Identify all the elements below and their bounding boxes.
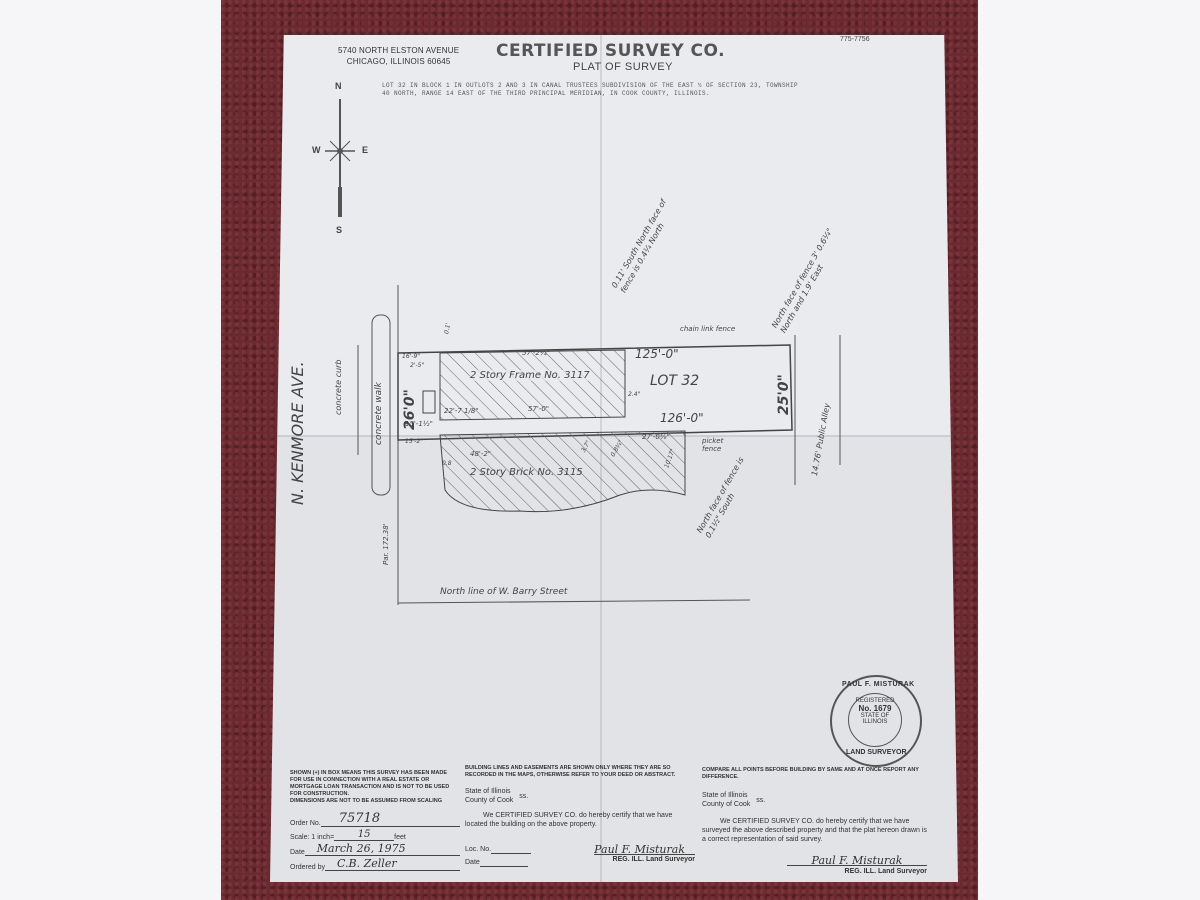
signature-2: Paul F. Misturak (787, 856, 927, 866)
ss-2: ss. (756, 796, 765, 805)
reg-label-1: REG. ILL. Land Surveyor (594, 855, 695, 864)
date-value: March 26, 1975 (305, 842, 460, 856)
scale-label: Scale: 1 inch= (290, 834, 334, 841)
lot-north-dim: 125'-0" (635, 347, 679, 361)
curb-label: concrete curb (334, 360, 343, 415)
seal-inner: REGISTERED No. 1679 STATE OF ILLINOIS (848, 693, 902, 747)
reg-label-2: REG. ILL. Land Surveyor (702, 867, 927, 876)
frame-north-dim: 57'-2¼" (522, 349, 550, 357)
plat-of-survey-document: 5740 NORTH ELSTON AVENUE CHICAGO, ILLINO… (270, 35, 958, 882)
seal-name: PAUL F. MISTURAK (842, 681, 915, 688)
survey-cert-column: COMPARE ALL POINTS BEFORE BUILDING BY SA… (702, 767, 927, 876)
compare-note: COMPARE ALL POINTS BEFORE BUILDING BY SA… (702, 767, 927, 781)
notice-text: SHOWN (+) IN BOX MEANS THIS SURVEY HAS B… (290, 770, 460, 798)
frame-west-dim: 22'-7 1/8" (444, 407, 479, 415)
date-label: Date (290, 849, 305, 856)
county-line-2: County of Cook (702, 800, 750, 809)
brick-dim-2: 27'-0⅜" (642, 433, 670, 441)
seal-number: No. 1679 (849, 704, 901, 713)
seal-illinois: ILLINOIS (849, 719, 901, 725)
walk-label: concrete walk (374, 382, 384, 445)
brick-setback: 15'-2" (405, 438, 423, 445)
east-offset: 2.4" (628, 391, 640, 398)
order-fields: Order No. 75718 Scale: 1 inch= 15 feet D… (290, 811, 460, 871)
lot-east-dim: 25'0" (776, 374, 792, 415)
cert-building-text: We CERTIFIED SURVEY CO. do hereby certif… (465, 811, 695, 829)
picket-fence-label: picket fence (702, 437, 732, 453)
survey-notice: SHOWN (+) IN BOX MEANS THIS SURVEY HAS B… (290, 770, 460, 805)
frame-building-label: 2 Story Frame No. 3117 (470, 370, 590, 381)
street-barry: North line of W. Barry Street (440, 587, 567, 597)
frame-south-dim: 57'-0" (528, 405, 549, 413)
order-number: 75718 (321, 811, 460, 827)
ss-1: ss. (519, 792, 528, 801)
date2-label: Date (465, 858, 480, 867)
lot-south-dim: 126'-0" (660, 411, 704, 425)
scale-value: 15 (334, 829, 394, 841)
scale-unit: feet (394, 834, 406, 841)
building-cert-column: BUILDING LINES AND EASEMENTS ARE SHOWN O… (465, 765, 695, 867)
seal-title: LAND SURVEYOR (846, 749, 907, 756)
surveyor-seal: PAUL F. MISTURAK REGISTERED No. 1679 STA… (830, 675, 922, 767)
brick-dim-1: 48'-2" (470, 450, 491, 458)
cert-survey-text: We CERTIFIED SURVEY CO. do hereby certif… (702, 817, 927, 844)
loc-label: Loc. No. (465, 845, 491, 854)
setback-bottom: 15'-1½" (405, 420, 433, 428)
state-line-1: State of Illinois (465, 787, 513, 796)
state-line-2: State of Illinois (702, 791, 750, 800)
brick-offset-1: 0.8 (442, 460, 452, 467)
setback-top: 16'-9" (402, 353, 420, 360)
dimensions-note: DIMENSIONS ARE NOT TO BE ASSUMED FROM SC… (290, 798, 460, 805)
lot-label: LOT 32 (650, 373, 699, 389)
frontage-note: Par. 172.38' (382, 523, 390, 565)
brick-building-label: 2 Story Brick No. 3115 (470, 467, 583, 478)
street-kenmore: N. KENMORE AVE. (288, 361, 307, 505)
building-lines-note: BUILDING LINES AND EASEMENTS ARE SHOWN O… (465, 765, 695, 779)
county-line-1: County of Cook (465, 796, 513, 805)
order-label: Order No. (290, 820, 321, 827)
fence-label: chain link fence (680, 325, 735, 333)
ordered-by-label: Ordered by (290, 864, 325, 871)
ordered-by-value: C.B. Zeller (325, 857, 460, 871)
setback-small: 2'-5" (410, 362, 424, 369)
signature-1: Paul F. Misturak (594, 845, 695, 855)
